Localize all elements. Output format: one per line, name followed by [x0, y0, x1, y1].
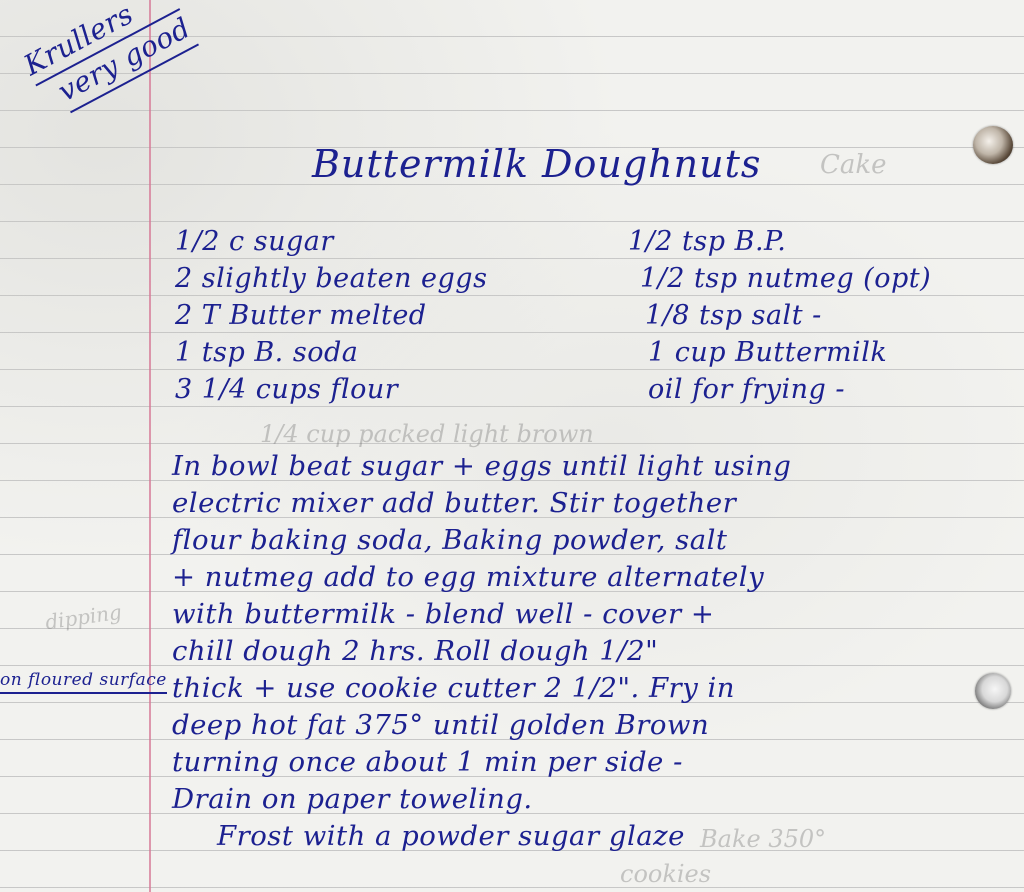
punch-hole — [975, 673, 1011, 709]
ingredient: 2 T Butter melted — [175, 300, 427, 331]
bleed-through-text: 1/4 cup packed light brown — [260, 420, 594, 448]
directions-line: In bowl beat sugar + eggs until light us… — [172, 448, 791, 485]
ingredient: 1/8 tsp salt - — [645, 300, 822, 331]
bleed-through-text: cookies — [620, 860, 711, 888]
ingredient: 1 cup Buttermilk — [648, 337, 887, 368]
directions-line: turning once about 1 min per side - — [172, 744, 791, 781]
directions-line: with buttermilk - blend well - cover + — [172, 596, 791, 633]
directions-line: electric mixer add butter. Stir together — [172, 485, 791, 522]
ingredient: 1/2 tsp nutmeg (opt) — [640, 263, 931, 294]
punch-hole — [973, 126, 1013, 164]
directions-line: Frost with a powder sugar glaze — [172, 818, 791, 855]
directions-line: flour baking soda, Baking powder, salt — [172, 522, 791, 559]
directions-line: thick + use cookie cutter 2 1/2". Fry in — [172, 670, 791, 707]
ingredient: 3 1/4 cups flour — [175, 374, 398, 405]
ingredient: 1 tsp B. soda — [175, 337, 358, 368]
ingredient: oil for frying - — [648, 374, 845, 405]
ingredient: 2 slightly beaten eggs — [175, 263, 487, 294]
ingredient: 1/2 tsp B.P. — [628, 226, 786, 257]
ingredient: 1/2 c sugar — [175, 226, 334, 257]
directions: In bowl beat sugar + eggs until light us… — [172, 448, 791, 855]
bleed-through-text: Cake — [820, 150, 887, 180]
directions-line: deep hot fat 375° until golden Brown — [172, 707, 791, 744]
directions-line: Drain on paper toweling. — [172, 781, 791, 818]
side-margin-note: on floured surface — [0, 670, 167, 694]
directions-line: + nutmeg add to egg mixture alternately — [172, 559, 791, 596]
recipe-title: Buttermilk Doughnuts — [312, 142, 761, 186]
margin-line — [149, 0, 151, 892]
directions-line: chill dough 2 hrs. Roll dough 1/2" — [172, 633, 791, 670]
